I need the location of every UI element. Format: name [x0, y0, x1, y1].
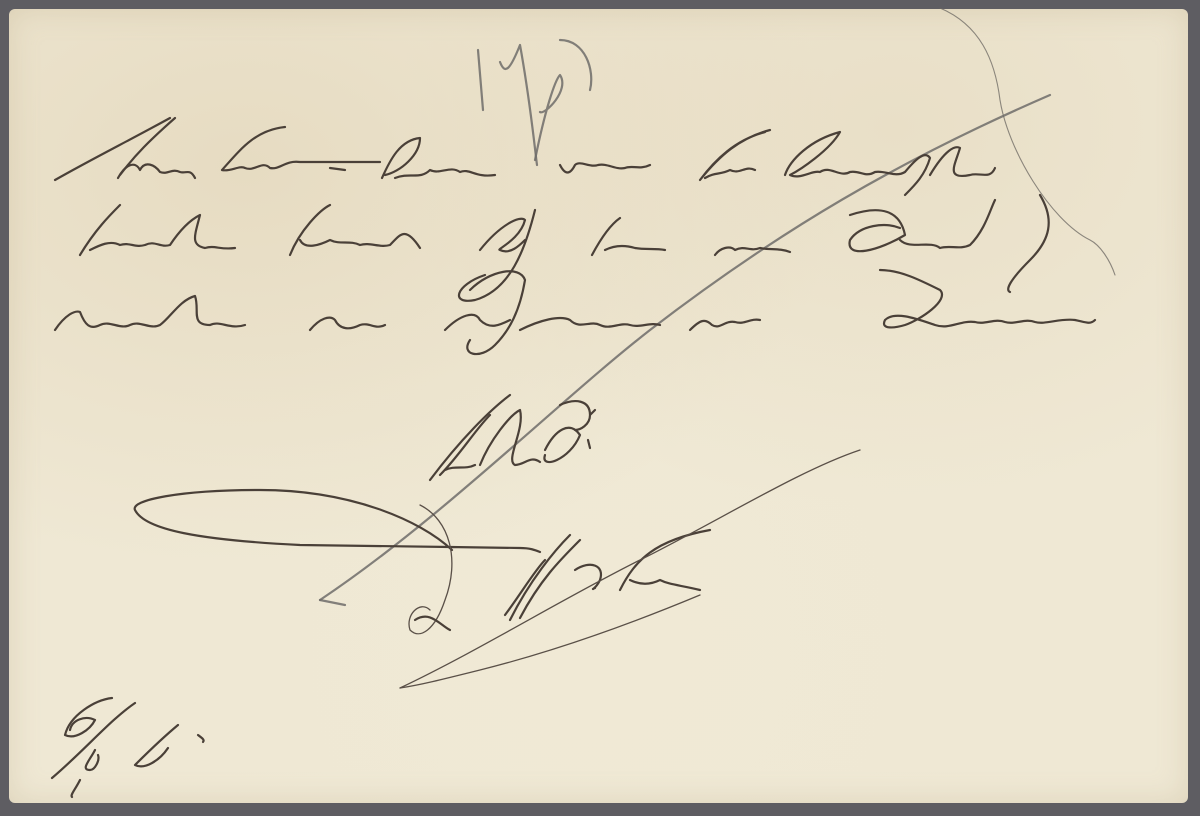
pencil-number-strokes: [478, 40, 591, 165]
line-3-strokes: [55, 270, 1095, 354]
date-strokes: [52, 698, 204, 797]
line-2-strokes: [80, 195, 1049, 301]
handwriting-strokes: [0, 0, 1200, 816]
closing-strokes: [430, 395, 595, 480]
line-1-strokes: [55, 118, 995, 195]
